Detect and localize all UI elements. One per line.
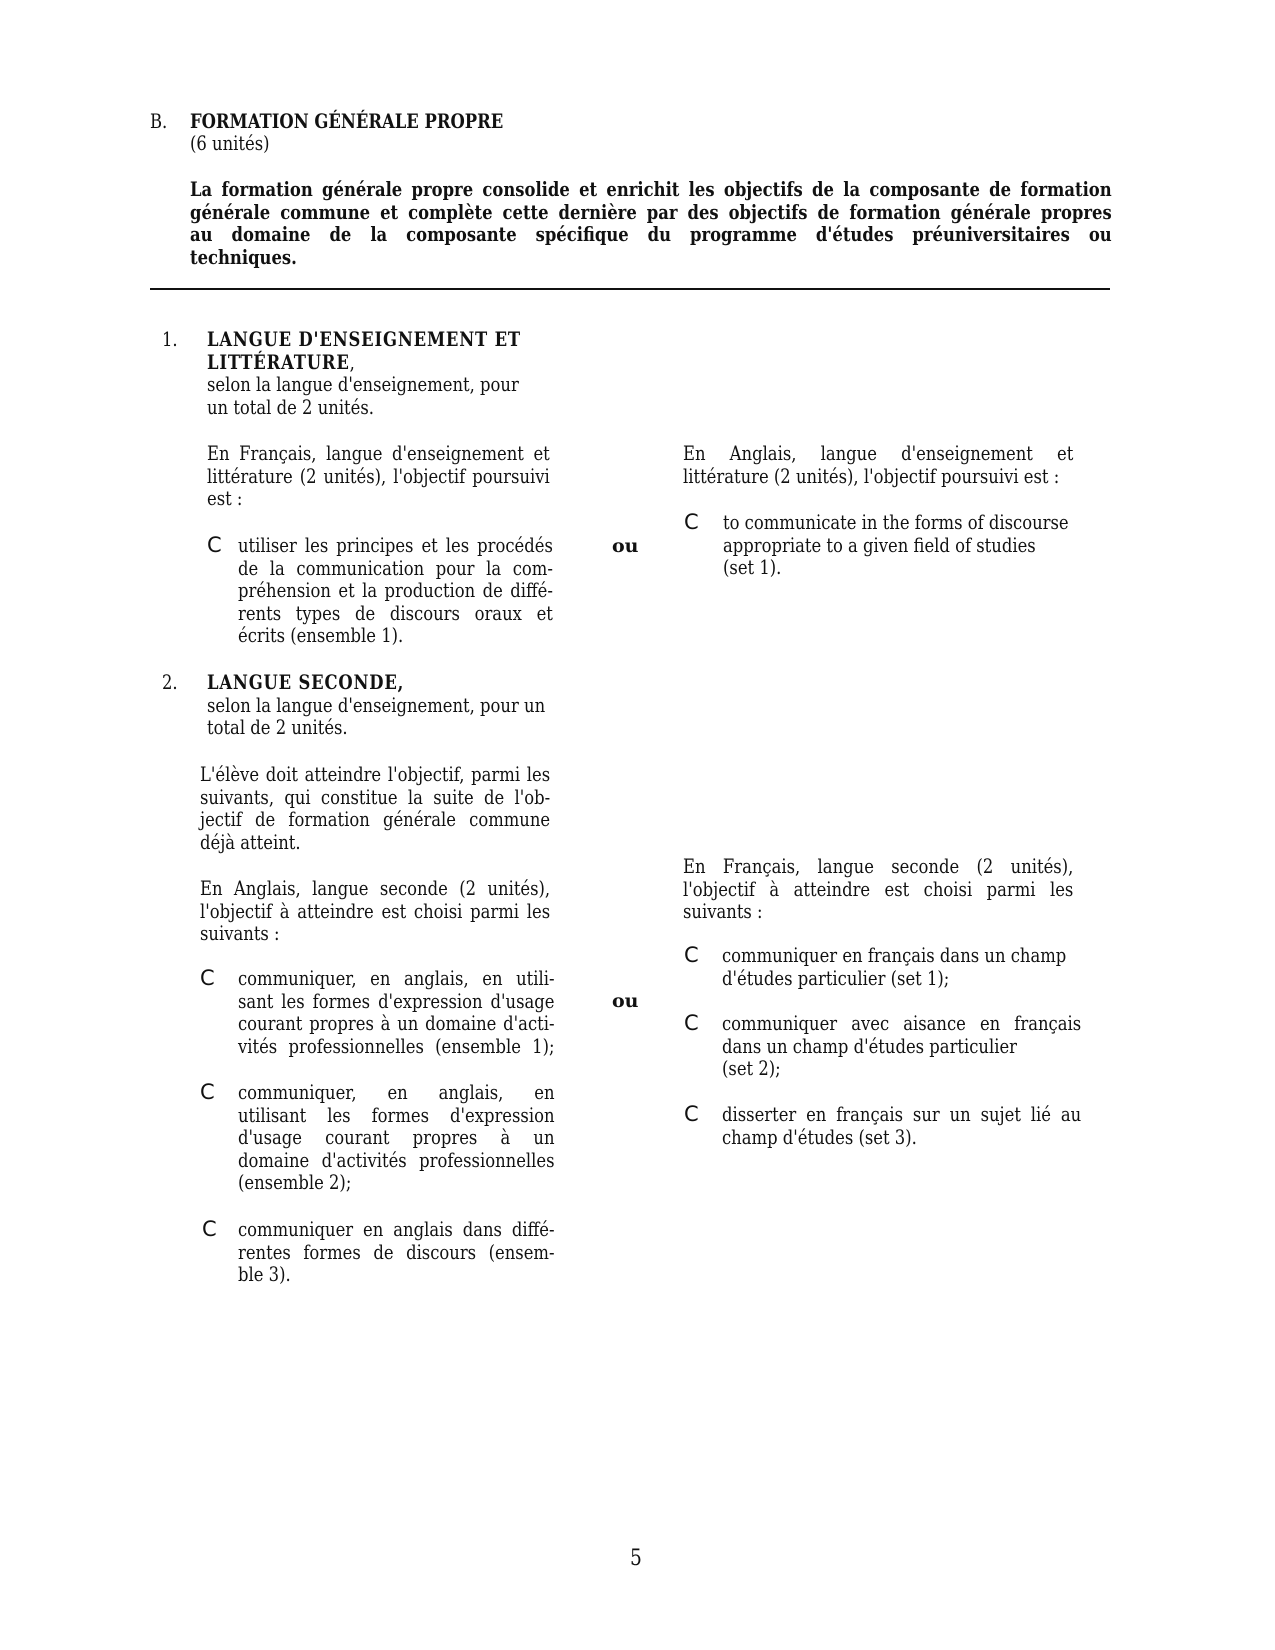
item-1-title-text: LITTÉRATURE bbox=[207, 350, 350, 374]
item-2-subtitle-line: selon la langue d'enseignement, pour un bbox=[207, 694, 584, 717]
text-line: suivants : bbox=[200, 922, 550, 945]
horizontal-divider bbox=[150, 288, 1110, 290]
text-line: domaine d'activités professionnelles bbox=[238, 1149, 555, 1172]
text-line: l'objectif à atteindre est choisi parmi … bbox=[200, 900, 550, 923]
text-line: est : bbox=[207, 487, 550, 510]
item-1-subtitle-line: un total de 2 unités. bbox=[207, 396, 584, 419]
text-line: rentes formes de discours (ensem- bbox=[238, 1241, 555, 1264]
text-line: sant les formes d'expression d'usage bbox=[238, 990, 555, 1013]
item-2-heading: LANGUE SECONDE, selon la langue d'enseig… bbox=[207, 671, 667, 739]
text-line: courant propres à un domaine d'acti- bbox=[238, 1012, 555, 1035]
text-line: En Anglais, langue d'enseignement et bbox=[683, 442, 1073, 465]
item-1-title-line-2: LITTÉRATURE, bbox=[207, 351, 584, 374]
text-line: suivants, qui constitue la suite de l'ob… bbox=[200, 786, 550, 809]
bullet-marker: C bbox=[684, 511, 699, 533]
item-2-left-intro: En Anglais, langue seconde (2 unités), l… bbox=[200, 877, 627, 945]
text-line: de la communication pour la com- bbox=[238, 557, 553, 580]
intro-line: La formation générale propre consolide e… bbox=[190, 178, 1112, 201]
text-line: champ d'études (set 3). bbox=[722, 1126, 1081, 1149]
item-1-right-bullet: to communicate in the forms of discourse… bbox=[723, 511, 1159, 579]
text-line: dans un champ d'études particulier bbox=[722, 1035, 1081, 1058]
bullet-marker: C bbox=[200, 967, 215, 989]
text-line: disserter en français sur un sujet lié a… bbox=[722, 1103, 1081, 1126]
item-2-left-bullet-1: communiquer, en anglais, en utili- sant … bbox=[238, 967, 624, 1057]
text-line: (set 2); bbox=[722, 1057, 1081, 1080]
item-1-number: 1. bbox=[162, 328, 178, 350]
text-line: préhension et la production de diffé- bbox=[238, 579, 553, 602]
item-2-number: 2. bbox=[162, 671, 178, 693]
text-line: l'objectif à atteindre est choisi parmi … bbox=[683, 878, 1073, 901]
text-line: d'usage courant propres à un bbox=[238, 1126, 555, 1149]
text-line: littérature (2 unités), l'objectif pours… bbox=[683, 465, 1073, 488]
intro-line: générale commune et complète cette derni… bbox=[190, 201, 1112, 224]
intro-line: techniques. bbox=[190, 246, 1112, 269]
bullet-marker: C bbox=[684, 1103, 699, 1125]
or-separator: ou bbox=[612, 535, 639, 557]
text-line: utiliser les principes et les procédés bbox=[238, 534, 553, 557]
text-line: vités professionnelles (ensemble 1); bbox=[238, 1035, 555, 1058]
text-line: ble 3). bbox=[238, 1263, 555, 1286]
text-line: communiquer, en anglais, en utili- bbox=[238, 967, 555, 990]
item-2-note: L'élève doit atteindre l'objectif, parmi… bbox=[200, 763, 627, 853]
bullet-marker: C bbox=[200, 1081, 215, 1103]
text-line: écrits (ensemble 1). bbox=[238, 624, 553, 647]
text-line: En Français, langue seconde (2 unités), bbox=[683, 855, 1073, 878]
text-line: rents types de discours oraux et bbox=[238, 602, 553, 625]
section-title: FORMATION GÉNÉRALE PROPRE bbox=[190, 110, 503, 132]
item-1-heading: LANGUE D'ENSEIGNEMENT ET LITTÉRATURE, se… bbox=[207, 328, 667, 418]
or-separator: ou bbox=[612, 990, 639, 1012]
text-line: suivants : bbox=[683, 900, 1073, 923]
item-2-subtitle-line: total de 2 unités. bbox=[207, 716, 584, 739]
item-2-right-intro: En Français, langue seconde (2 unités), … bbox=[683, 855, 1159, 923]
item-2-left-bullet-3: communiquer en anglais dans diffé- rente… bbox=[238, 1218, 624, 1286]
bullet-marker: C bbox=[202, 1218, 217, 1240]
bullet-marker: C bbox=[207, 534, 222, 556]
item-2-left-bullet-2: communiquer, en anglais, en utilisant le… bbox=[238, 1081, 624, 1194]
item-1-subtitle-line: selon la langue d'enseignement, pour bbox=[207, 373, 584, 396]
item-1-left-intro: En Français, langue d'enseignement et li… bbox=[207, 442, 625, 510]
text-line: L'élève doit atteindre l'objectif, parmi… bbox=[200, 763, 550, 786]
text-line: (set 1). bbox=[723, 556, 1081, 579]
text-line: d'études particulier (set 1); bbox=[722, 967, 1081, 990]
item-1-title-line: LANGUE D'ENSEIGNEMENT ET bbox=[207, 328, 584, 351]
section-units: (6 unités) bbox=[190, 132, 270, 154]
text-line: jectif de formation générale commune bbox=[200, 808, 550, 831]
text-line: communiquer en anglais dans diffé- bbox=[238, 1218, 555, 1241]
section-letter: B. bbox=[150, 110, 167, 132]
item-2-title-line: LANGUE SECONDE, bbox=[207, 671, 584, 694]
item-2-right-bullet-1: communiquer en français dans un champ d'… bbox=[722, 944, 1160, 989]
bullet-marker: C bbox=[684, 1012, 699, 1034]
text-line: appropriate to a given field of studies bbox=[723, 534, 1081, 557]
item-1-title-suffix: , bbox=[350, 350, 355, 374]
text-line: littérature (2 unités), l'objectif pours… bbox=[207, 465, 550, 488]
item-1-left-bullet: utiliser les principes et les procédés d… bbox=[238, 534, 622, 647]
item-1-right-intro: En Anglais, langue d'enseignement et lit… bbox=[683, 442, 1159, 487]
text-line: utilisant les formes d'expression bbox=[238, 1104, 555, 1127]
text-line: (ensemble 2); bbox=[238, 1171, 555, 1194]
item-2-right-bullet-3: disserter en français sur un sujet lié a… bbox=[722, 1103, 1160, 1148]
item-2-right-bullet-2: communiquer avec aisance en français dan… bbox=[722, 1012, 1160, 1080]
intro-line: au domaine de la composante spécifique d… bbox=[190, 223, 1112, 246]
bullet-marker: C bbox=[684, 944, 699, 966]
text-line: communiquer en français dans un champ bbox=[722, 944, 1081, 967]
text-line: to communicate in the forms of discourse bbox=[723, 511, 1081, 534]
text-line: En Français, langue d'enseignement et bbox=[207, 442, 550, 465]
text-line: communiquer, en anglais, en bbox=[238, 1081, 555, 1104]
text-line: déjà atteint. bbox=[200, 831, 550, 854]
page-number: 5 bbox=[630, 1546, 642, 1571]
section-intro: La formation générale propre consolide e… bbox=[190, 178, 1275, 268]
text-line: En Anglais, langue seconde (2 unités), bbox=[200, 877, 550, 900]
text-line: communiquer avec aisance en français bbox=[722, 1012, 1081, 1035]
